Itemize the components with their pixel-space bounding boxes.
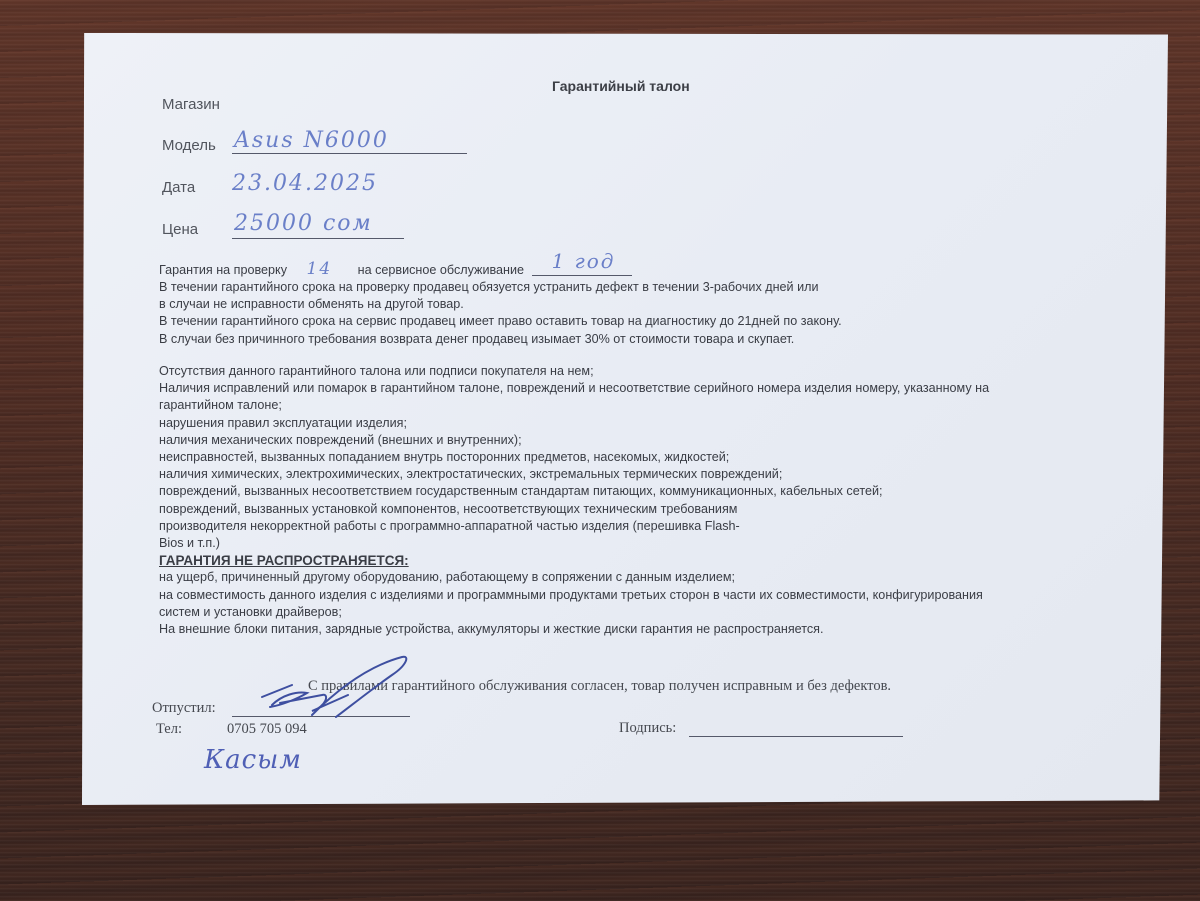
date-value: 23.04.2025	[232, 171, 378, 196]
paragraph-terms: В течении гарантийного срока на проверку…	[159, 279, 842, 348]
model-label: Модель	[162, 137, 216, 154]
check-period-label: Гарантия на проверку	[159, 263, 287, 277]
signature-label: Подпись:	[619, 720, 676, 737]
text-line: гарантийном талоне;	[159, 397, 989, 414]
service-period-underline: 1 год	[532, 275, 632, 276]
not-covered-heading: ГАРАНТИЯ НЕ РАСПРОСТРАНЯЕТСЯ:	[159, 552, 989, 569]
text-line: повреждений, вызванных установкой компон…	[159, 501, 989, 518]
model-underline	[232, 153, 467, 154]
signature-line	[689, 736, 903, 737]
phone-value: 0705 705 094	[227, 721, 307, 738]
text-line: нарушения правил эксплуатации изделия;	[159, 415, 989, 432]
seller-signature-icon	[252, 655, 412, 723]
paragraph-exclusions: Отсутствия данного гарантийного талона и…	[159, 363, 989, 638]
price-value: 25000 сом	[234, 211, 373, 236]
shop-label: Магазин	[162, 96, 220, 113]
text-line: Наличия исправлений или помарок в гарант…	[159, 380, 989, 397]
warranty-period-line: Гарантия на проверку 14 на сервисное обс…	[159, 261, 632, 279]
price-underline	[232, 238, 404, 239]
text-line: В случаи без причинного требования возвр…	[159, 331, 842, 348]
text-line: В течении гарантийного срока на сервис п…	[159, 313, 842, 330]
check-period-value: 14	[307, 259, 333, 279]
handwritten-name: Касым	[204, 745, 302, 775]
text-line: производителя некорректной работы с прог…	[159, 518, 989, 535]
price-label: Цена	[162, 221, 198, 238]
phone-label: Тел:	[156, 721, 182, 738]
text-line: наличия механических повреждений (внешни…	[159, 432, 989, 449]
text-line: на совместимость данного изделия с издел…	[159, 587, 989, 604]
service-period-label: на сервисное обслуживание	[358, 263, 524, 277]
text-line: неисправностей, вызванных попаданием вну…	[159, 449, 989, 466]
date-label: Дата	[162, 179, 195, 196]
text-line: Отсутствия данного гарантийного талона и…	[159, 363, 989, 380]
text-line: Bios и т.п.)	[159, 535, 989, 552]
text-line: повреждений, вызванных несоответствием г…	[159, 483, 989, 500]
text-line: на ущерб, причиненный другому оборудован…	[159, 569, 989, 586]
released-by-label: Отпустил:	[152, 700, 216, 717]
warranty-card: Гарантийный талон Магазин Модель Asus N6…	[82, 33, 1168, 805]
text-line: наличия химических, электрохимических, э…	[159, 466, 989, 483]
text-line: систем и установки драйверов;	[159, 604, 989, 621]
text-line: На внешние блоки питания, зарядные устро…	[159, 621, 989, 638]
text-line: в случаи не исправности обменять на друг…	[159, 296, 842, 313]
service-period-value: 1 год	[552, 253, 616, 270]
text-line: В течении гарантийного срока на проверку…	[159, 279, 842, 296]
document-title: Гарантийный талон	[552, 78, 690, 94]
model-value: Asus N6000	[234, 128, 389, 153]
